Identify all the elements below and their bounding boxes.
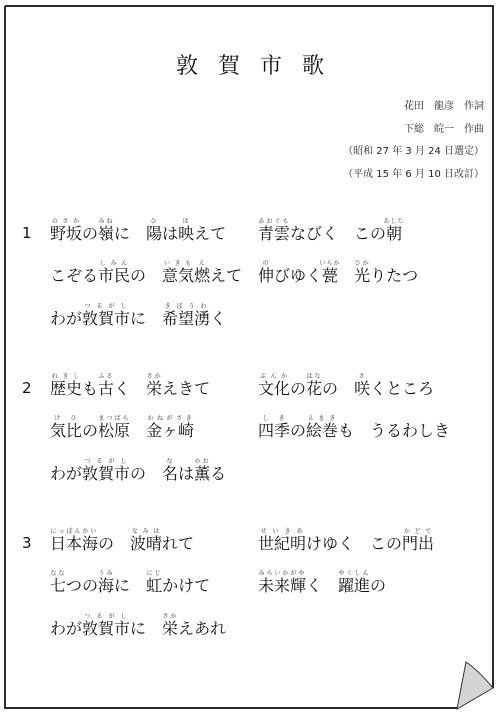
ruby-word: 栄さか	[162, 619, 178, 638]
ruby-word: 咲さ	[354, 379, 370, 398]
ruby-word: 燃え	[194, 266, 210, 285]
composer-credit: 下総 皖一 作曲	[343, 119, 484, 142]
ruby-word: 意気いきも	[162, 266, 194, 285]
revision-date: （平成 15 年 6 月 10 日改訂）	[343, 164, 484, 187]
verse-number: 1	[22, 224, 32, 242]
ruby-word: 七なな	[50, 576, 66, 595]
ruby-word: 朝あした	[386, 224, 405, 243]
ruby-word: 薫かお	[194, 464, 210, 483]
ruby-word: 希望湧きぼうわ	[162, 309, 210, 328]
lyric-line-right: 四季しきの絵巻えまきも うるわしき	[258, 415, 450, 441]
ruby-word: 金ヶ崎かねがさき	[146, 421, 194, 440]
ruby-word: 野坂のさか	[50, 224, 82, 243]
page-curl-icon	[457, 662, 493, 709]
ruby-word: 甍いらか	[322, 266, 338, 285]
page-title: 敦賀市歌	[0, 49, 500, 80]
ruby-word: 光ひか	[354, 266, 370, 285]
ruby-word: 市民しみん	[98, 266, 130, 285]
lyric-line-left: わが敦賀市つるがしの 名なは薫かおる	[50, 458, 226, 484]
lyric-line-right: 未来輝みらいかがやく 躍進やくしんの	[258, 570, 386, 596]
verse-number: 3	[22, 534, 32, 552]
lyric-line-left: 気比けひの松原まつばら 金ヶ崎かねがさき	[50, 415, 194, 441]
ruby-word: 敦賀市つるがし	[82, 619, 130, 638]
ruby-word: 四季しき	[258, 421, 290, 440]
ruby-word: 虹にじ	[146, 576, 162, 595]
lyric-line-left: 日本海にっぽんかいの 波晴なみはれて	[50, 528, 194, 554]
ruby-word: 文化ぶんか	[258, 379, 290, 398]
lyric-line-right: 伸のびゆく甍いらか 光ひかりたつ	[258, 260, 418, 286]
lyric-line-right: 文化ぶんかの花はなの 咲さくところ	[258, 373, 434, 399]
ruby-word: 海うみ	[98, 576, 114, 595]
ruby-word: 世紀明せいきあ	[258, 534, 306, 553]
lyric-line-right: 世紀明せいきあけゆく この門出かどで	[258, 528, 434, 554]
lyric-line-right: 青雲あおぐもなびく この朝あした	[258, 218, 405, 244]
ruby-word: 気比けひ	[50, 421, 82, 440]
ruby-word: 陽ひ	[146, 224, 162, 243]
ruby-word: 波晴なみは	[130, 534, 162, 553]
selection-date: （昭和 27 年 3 月 24 日選定）	[343, 141, 484, 164]
ruby-word: 敦賀市つるがし	[82, 464, 130, 483]
ruby-word: 歴史れきし	[50, 379, 82, 398]
ruby-word: 栄さか	[146, 379, 162, 398]
verse-number: 2	[22, 379, 32, 397]
ruby-word: 嶺みね	[98, 224, 114, 243]
lyric-line-left: 歴史れきしも古ふるく 栄さかえきて	[50, 373, 210, 399]
lyric-line-left: わが敦賀市つるがしに 栄さかえあれ	[50, 613, 226, 639]
ruby-word: 映は	[178, 224, 194, 243]
lyric-line-left: わが敦賀市つるがしに 希望湧きぼうわく	[50, 303, 226, 329]
ruby-word: 松原まつばら	[98, 421, 130, 440]
lyric-line-left: こぞる市民しみんの 意気いきも燃ええて	[50, 260, 242, 286]
ruby-word: 躍進やくしん	[338, 576, 370, 595]
ruby-word: 花はな	[306, 379, 322, 398]
ruby-word: 敦賀市つるがし	[82, 309, 130, 328]
ruby-word: 絵巻えまき	[306, 421, 338, 440]
ruby-word: 日本海にっぽんかい	[50, 534, 98, 553]
ruby-word: 青雲あおぐも	[258, 224, 290, 243]
ruby-word: 名な	[162, 464, 178, 483]
lyricist-credit: 花田 龍彦 作詞	[343, 96, 484, 119]
lyric-line-left: 七ななつの海うみに 虹にじかけて	[50, 570, 210, 596]
ruby-word: 未来輝みらいかがや	[258, 576, 306, 595]
ruby-word: 古ふる	[98, 379, 114, 398]
ruby-word: 門出かどで	[402, 534, 434, 553]
lyric-line-left: 野坂のさかの嶺みねに 陽ひは映はえて	[50, 218, 226, 244]
credits-block: 花田 龍彦 作詞 下総 皖一 作曲 （昭和 27 年 3 月 24 日選定） （…	[343, 96, 484, 186]
ruby-word: 伸の	[258, 266, 274, 285]
